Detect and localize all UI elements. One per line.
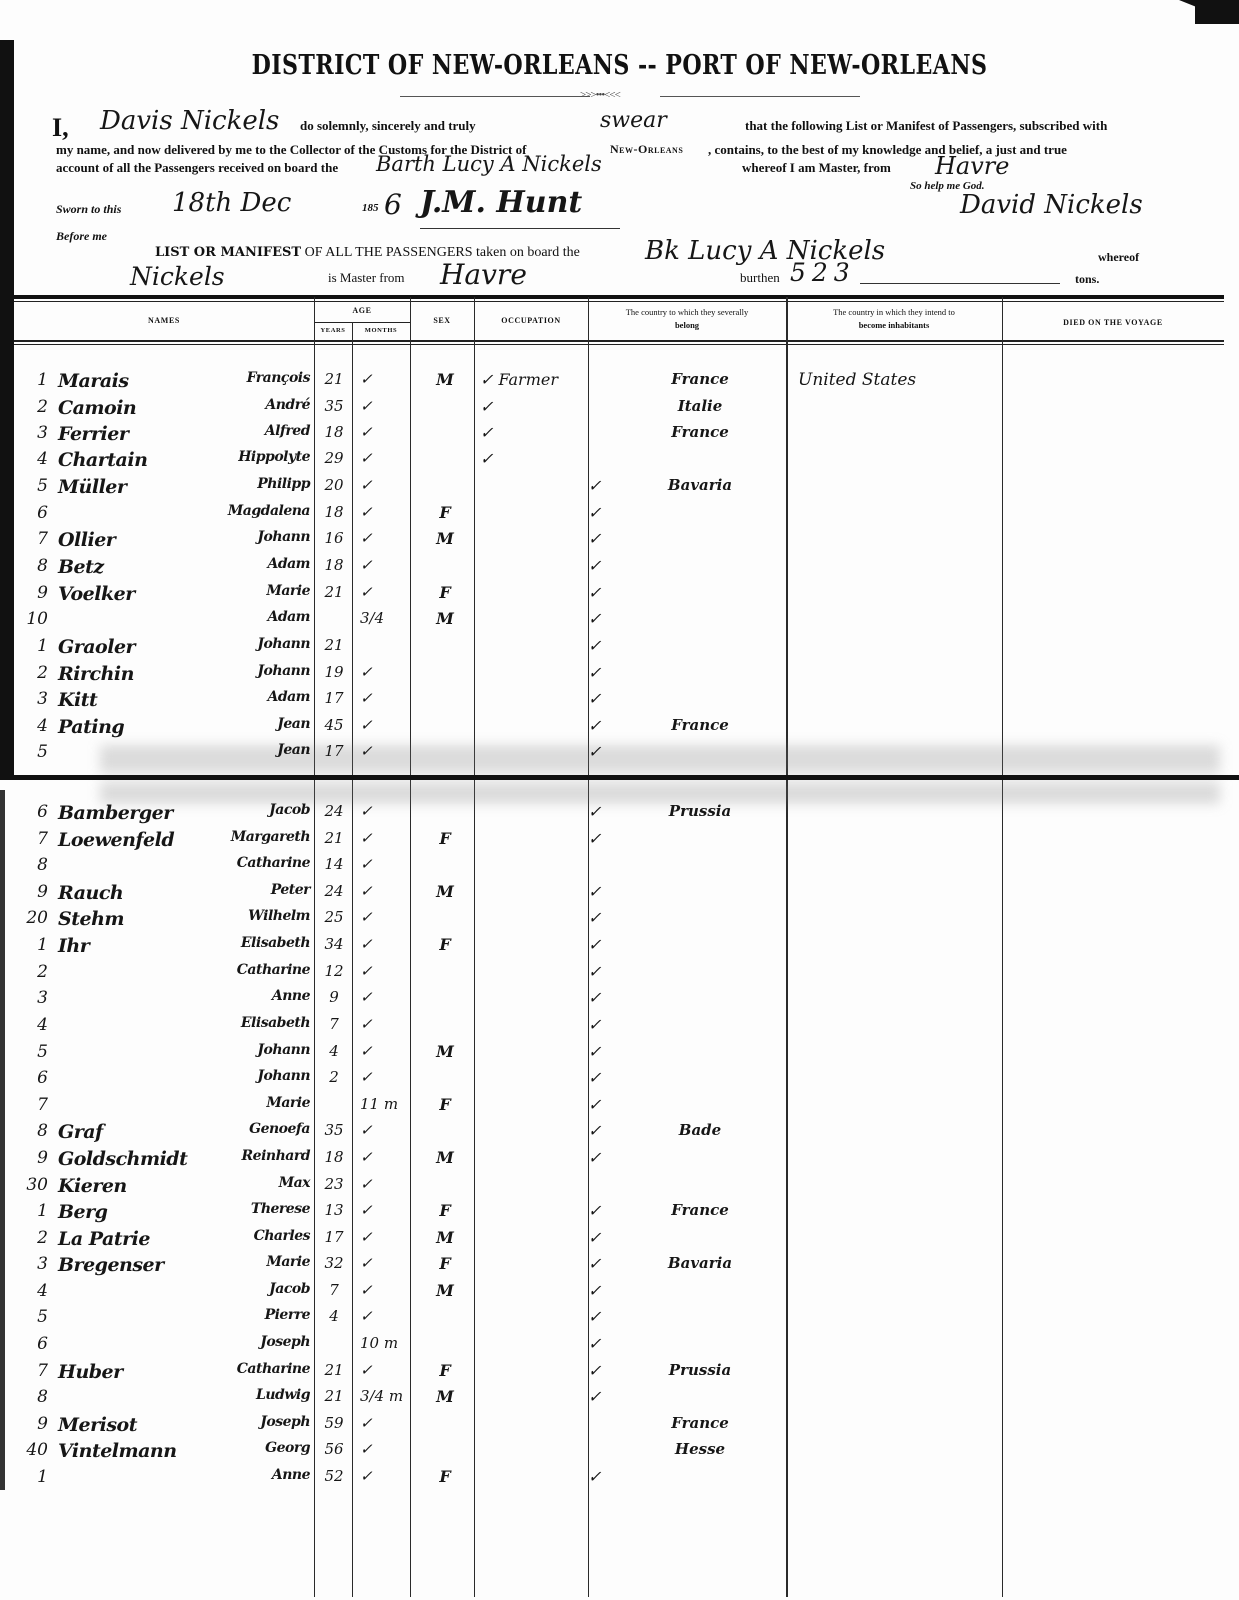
table-row: 4PatingJean45✓✓France <box>0 716 1239 742</box>
given-name: Jean <box>200 742 310 758</box>
surname: Kieren <box>58 1175 127 1197</box>
table-row: 2CamoinAndré35✓✓Italie <box>0 397 1239 423</box>
table-row: 2Catharine12✓✓ <box>0 962 1239 988</box>
country-of-origin: Bavaria <box>615 1254 785 1272</box>
country-of-origin: France <box>615 716 785 734</box>
age-years: 21 <box>316 1361 352 1379</box>
row-number: 9 <box>18 583 48 603</box>
ornament-rule-left <box>400 96 590 97</box>
age-months: ✓ <box>360 1440 406 1458</box>
age-years: 4 <box>316 1307 352 1325</box>
table-row: 6Joseph10 m✓ <box>0 1334 1239 1360</box>
oath-text-3b: , contains, to the best of my knowledge … <box>708 142 1067 158</box>
country-tick: ✓ <box>588 1201 618 1220</box>
ornament-center: >>>•••<<< <box>580 89 620 101</box>
country-tick: ✓ <box>588 609 618 628</box>
row-number: 2 <box>18 962 48 982</box>
age-months: ✓ <box>360 1307 406 1325</box>
given-name: Hippolyte <box>200 449 310 465</box>
table-row: 6Johann2✓✓ <box>0 1068 1239 1094</box>
age-months: ✓ <box>360 988 406 1006</box>
age-months: 3/4 m <box>360 1387 406 1405</box>
sex: M <box>420 882 470 901</box>
row-number: 8 <box>18 556 48 576</box>
age-months: ✓ <box>360 397 406 415</box>
sex: F <box>420 1201 470 1220</box>
surname: Rirchin <box>58 663 134 685</box>
scan-smudge-lower <box>100 782 1220 804</box>
age-months: ✓ <box>360 1228 406 1246</box>
oath-text-2: that the following List or Manifest of P… <box>745 118 1107 134</box>
before-me-label: Before me <box>56 229 107 244</box>
sworn-year-prefix: 185 <box>362 202 379 214</box>
age-years: 4 <box>316 1042 352 1060</box>
country-tick: ✓ <box>588 1307 618 1326</box>
country-of-origin: France <box>615 423 785 441</box>
age-months: ✓ <box>360 882 406 900</box>
country-tick: ✓ <box>588 962 618 981</box>
burthen-value: 523 <box>790 258 856 287</box>
surname: Ihr <box>58 935 89 957</box>
surname: Bregenser <box>58 1254 164 1276</box>
row-number: 9 <box>18 1148 48 1168</box>
age-months: ✓ <box>360 1201 406 1219</box>
age-years: 56 <box>316 1440 352 1458</box>
header-country-inhabit-line2: become inhabitants <box>786 319 1002 332</box>
row-number: 40 <box>18 1440 48 1460</box>
row-number: 3 <box>18 988 48 1008</box>
age-months: ✓ <box>360 423 406 441</box>
row-number: 3 <box>18 1254 48 1274</box>
sex: M <box>420 1387 470 1406</box>
table-row: 8BetzAdam18✓✓ <box>0 556 1239 582</box>
sworn-label: Sworn to this <box>56 202 121 217</box>
age-months: ✓ <box>360 1175 406 1193</box>
header-sex: SEX <box>410 316 474 325</box>
table-row: 9MerisotJoseph59✓France <box>0 1414 1239 1440</box>
given-name: Johann <box>200 663 310 679</box>
given-name: Magdalena <box>200 503 310 519</box>
given-name: Jacob <box>200 802 310 818</box>
age-months: ✓ <box>360 663 406 681</box>
table-row: 7HuberCatharine21✓F✓Prussia <box>0 1361 1239 1387</box>
row-number: 1 <box>18 1467 48 1487</box>
row-number: 4 <box>18 716 48 736</box>
country-tick: ✓ <box>588 882 618 901</box>
master-signature: David Nickels <box>960 190 1143 220</box>
country-tick: ✓ <box>588 1228 618 1247</box>
surname: Voelker <box>58 583 135 605</box>
given-name: Johann <box>200 1042 310 1058</box>
age-years: 18 <box>316 556 352 574</box>
country-tick: ✓ <box>588 1148 618 1167</box>
row-number: 30 <box>18 1175 48 1195</box>
age-years: 35 <box>316 397 352 415</box>
surname: Marais <box>58 370 129 392</box>
country-of-origin: Italie <box>615 397 785 415</box>
row-number: 7 <box>18 1361 48 1381</box>
oath-text-4: account of all the Passengers received o… <box>56 160 338 176</box>
country-tick: ✓ <box>588 556 618 575</box>
sex: F <box>420 1095 470 1114</box>
country-tick: ✓ <box>588 1334 618 1353</box>
surname: Huber <box>58 1361 123 1383</box>
country-of-origin: France <box>615 370 785 388</box>
table-row: 7Marie11 mF✓ <box>0 1095 1239 1121</box>
table-row: 9RauchPeter24✓M✓ <box>0 882 1239 908</box>
age-years: 21 <box>316 370 352 388</box>
age-years: 17 <box>316 742 352 760</box>
table-row: 3KittAdam17✓✓ <box>0 689 1239 715</box>
table-row: 3BregenserMarie32✓F✓Bavaria <box>0 1254 1239 1280</box>
manifest-heading-bold: LIST OR MANIFEST <box>155 245 301 260</box>
age-months: ✓ <box>360 529 406 547</box>
age-years: 29 <box>316 449 352 467</box>
table-row: 6BambergerJacob24✓✓Prussia <box>0 802 1239 828</box>
age-years: 9 <box>316 988 352 1006</box>
country-tick: ✓ <box>588 1467 618 1486</box>
age-years: 16 <box>316 529 352 547</box>
age-months: ✓ <box>360 556 406 574</box>
country-tick: ✓ <box>588 716 618 735</box>
table-row: 1MaraisFrançois21✓M✓ FarmerFranceUnited … <box>0 370 1239 396</box>
row-number: 8 <box>18 855 48 875</box>
age-months: ✓ <box>360 742 406 760</box>
country-tick: ✓ <box>588 583 618 602</box>
country-tick: ✓ <box>588 663 618 682</box>
header-age: AGE <box>314 306 410 315</box>
table-row: 7LoewenfeldMargareth21✓F✓ <box>0 829 1239 855</box>
row-number: 10 <box>18 609 48 629</box>
paper-fold-line <box>0 775 1239 780</box>
country-tick: ✓ <box>588 829 618 848</box>
district-name: New-Orleans <box>610 142 683 157</box>
given-name: Anne <box>200 1467 310 1483</box>
surname: Camoin <box>58 397 136 419</box>
age-years: 18 <box>316 1148 352 1166</box>
age-months: ✓ <box>360 962 406 980</box>
table-row: 5Johann4✓M✓ <box>0 1042 1239 1068</box>
age-months: ✓ <box>360 583 406 601</box>
age-subheader-rule <box>315 322 410 323</box>
given-name: François <box>200 370 310 386</box>
row-number: 2 <box>18 397 48 417</box>
row-number: 7 <box>18 529 48 549</box>
given-name: Therese <box>200 1201 310 1217</box>
row-number: 5 <box>18 476 48 496</box>
surname: Loewenfeld <box>58 829 174 851</box>
row-number: 8 <box>18 1387 48 1407</box>
surname: Graoler <box>58 636 135 658</box>
given-name: Johann <box>200 636 310 652</box>
occupation: ✓ <box>480 397 585 416</box>
age-years: 7 <box>316 1015 352 1033</box>
occupation: ✓ <box>480 423 585 442</box>
vessel-name-handwritten: Barth Lucy A Nickels <box>376 152 602 176</box>
table-header-bottom-rule-thin <box>14 344 1224 345</box>
given-name: Joseph <box>200 1414 310 1430</box>
collector-signature-line <box>420 228 620 229</box>
age-months: ✓ <box>360 1467 406 1485</box>
row-number: 5 <box>18 742 48 762</box>
sex: F <box>420 935 470 954</box>
given-name: Anne <box>200 988 310 1004</box>
table-row: 3Anne9✓✓ <box>0 988 1239 1014</box>
header-country-inhabit: The country in which they intend to beco… <box>786 306 1002 332</box>
table-row: 3FerrierAlfred18✓✓France <box>0 423 1239 449</box>
given-name: Joseph <box>200 1334 310 1350</box>
table-row: 2La PatrieCharles17✓M✓ <box>0 1228 1239 1254</box>
row-number: 1 <box>18 636 48 656</box>
header-country-belong-line2: belong <box>588 319 786 332</box>
surname: Chartain <box>58 449 147 471</box>
row-number: 4 <box>18 449 48 469</box>
sworn-date-handwritten: 18th Dec <box>172 188 291 218</box>
given-name: Pierre <box>200 1307 310 1323</box>
table-row: 7OllierJohann16✓M✓ <box>0 529 1239 555</box>
row-number: 6 <box>18 503 48 523</box>
given-name: Elisabeth <box>200 935 310 951</box>
tons-label: tons. <box>1075 272 1099 287</box>
surname: Bamberger <box>58 802 173 824</box>
table-row: 10Adam3/4M✓ <box>0 609 1239 635</box>
table-header-bottom-rule <box>14 340 1224 342</box>
given-name: Jacob <box>200 1281 310 1297</box>
age-years: 24 <box>316 882 352 900</box>
given-name: Marie <box>200 1095 310 1111</box>
scan-corner-fill <box>1195 0 1239 24</box>
age-months: ✓ <box>360 1015 406 1033</box>
master-name-handwritten: Davis Nickels <box>100 106 279 136</box>
header-country-inhabit-line1: The country in which they intend to <box>786 306 1002 319</box>
country-of-origin: France <box>615 1201 785 1219</box>
country-tick: ✓ <box>588 1281 618 1300</box>
given-name: Ludwig <box>200 1387 310 1403</box>
age-years: 52 <box>316 1467 352 1485</box>
row-number: 6 <box>18 1068 48 1088</box>
header-died: DIED ON THE VOYAGE <box>1002 318 1224 327</box>
row-number: 6 <box>18 802 48 822</box>
header-names: NAMES <box>14 316 314 325</box>
row-number: 20 <box>18 908 48 928</box>
row-number: 7 <box>18 829 48 849</box>
row-number: 3 <box>18 689 48 709</box>
row-number: 6 <box>18 1334 48 1354</box>
country-of-origin: France <box>615 1414 785 1432</box>
sex: M <box>420 1042 470 1061</box>
whereof-label: whereof <box>1098 250 1139 265</box>
given-name: Adam <box>200 609 310 625</box>
age-years: 18 <box>316 503 352 521</box>
oath-prefix: I, <box>52 113 69 143</box>
age-months: ✓ <box>360 1414 406 1432</box>
age-years: 19 <box>316 663 352 681</box>
given-name: Johann <box>200 1068 310 1084</box>
given-name: Margareth <box>200 829 310 845</box>
row-number: 3 <box>18 423 48 443</box>
age-months: ✓ <box>360 1281 406 1299</box>
age-months: ✓ <box>360 1361 406 1379</box>
table-row: 4ChartainHippolyte29✓✓ <box>0 449 1239 475</box>
country-of-origin: Prussia <box>615 1361 785 1379</box>
surname: Müller <box>58 476 126 498</box>
sex: F <box>420 583 470 602</box>
row-number: 5 <box>18 1042 48 1062</box>
age-years: 59 <box>316 1414 352 1432</box>
country-tick: ✓ <box>588 802 618 821</box>
age-months: ✓ <box>360 1148 406 1166</box>
country-tick: ✓ <box>588 1068 618 1087</box>
sex: M <box>420 609 470 628</box>
age-months: ✓ <box>360 449 406 467</box>
row-number: 9 <box>18 882 48 902</box>
table-row: 9VoelkerMarie21✓F✓ <box>0 583 1239 609</box>
age-years: 17 <box>316 689 352 707</box>
occupation: ✓ <box>480 449 585 468</box>
row-number: 4 <box>18 1015 48 1035</box>
ornament-rule-right <box>660 96 860 97</box>
given-name: André <box>200 397 310 413</box>
row-number: 9 <box>18 1414 48 1434</box>
table-row: 1GraolerJohann21✓ <box>0 636 1239 662</box>
surname: Berg <box>58 1201 107 1223</box>
age-years: 34 <box>316 935 352 953</box>
is-master-from-label: is Master from <box>328 270 405 286</box>
age-years: 2 <box>316 1068 352 1086</box>
row-number: 1 <box>18 935 48 955</box>
sex: M <box>420 370 470 389</box>
sworn-year-suffix: 6 <box>384 188 402 221</box>
surname: Graf <box>58 1121 103 1143</box>
row-number: 1 <box>18 370 48 390</box>
age-years: 18 <box>316 423 352 441</box>
age-years: 35 <box>316 1121 352 1139</box>
country-of-origin: Bade <box>615 1121 785 1139</box>
sex: F <box>420 503 470 522</box>
row-number: 8 <box>18 1121 48 1141</box>
table-row: 1IhrElisabeth34✓F✓ <box>0 935 1239 961</box>
intended-country: United States <box>790 370 1008 390</box>
table-row: 1Anne52✓F✓ <box>0 1467 1239 1493</box>
country-tick: ✓ <box>588 988 618 1007</box>
oath-text-5: whereof I am Master, from <box>742 160 891 176</box>
age-months: 3/4 <box>360 609 406 627</box>
age-months: ✓ <box>360 935 406 953</box>
given-name: Catharine <box>200 855 310 871</box>
surname: Ollier <box>58 529 115 551</box>
surname: Ferrier <box>58 423 128 445</box>
oath-text-1: do solemnly, sincerely and truly <box>300 118 476 134</box>
age-years: 20 <box>316 476 352 494</box>
surname: Vintelmann <box>58 1440 177 1462</box>
country-tick: ✓ <box>588 1121 618 1140</box>
given-name: Catharine <box>200 962 310 978</box>
age-months: ✓ <box>360 503 406 521</box>
table-row: 4Elisabeth7✓✓ <box>0 1015 1239 1041</box>
given-name: Marie <box>200 1254 310 1270</box>
given-name: Georg <box>200 1440 310 1456</box>
country-tick: ✓ <box>588 1042 618 1061</box>
row-number: 2 <box>18 1228 48 1248</box>
table-top-rule <box>14 295 1224 299</box>
country-tick: ✓ <box>588 1015 618 1034</box>
given-name: Johann <box>200 529 310 545</box>
table-row: 9GoldschmidtReinhard18✓M✓ <box>0 1148 1239 1174</box>
age-years: 17 <box>316 1228 352 1246</box>
age-months: ✓ <box>360 855 406 873</box>
table-row: 6Magdalena18✓F✓ <box>0 503 1239 529</box>
departure-port-handwritten: Havre <box>935 152 1009 180</box>
sex: M <box>420 1148 470 1167</box>
sex: M <box>420 1228 470 1247</box>
manifest-master-handwritten: Nickels <box>130 262 225 291</box>
country-tick: ✓ <box>588 529 618 548</box>
burthen-line <box>860 283 1060 284</box>
surname: Stehm <box>58 908 124 930</box>
age-months: ✓ <box>360 716 406 734</box>
sex: F <box>420 829 470 848</box>
row-number: 2 <box>18 663 48 683</box>
surname: Rauch <box>58 882 123 904</box>
age-years: 23 <box>316 1175 352 1193</box>
sex: F <box>420 1254 470 1273</box>
given-name: Marie <box>200 583 310 599</box>
header-country-belong-line1: The country to which they severally <box>588 306 786 319</box>
age-years: 32 <box>316 1254 352 1272</box>
table-row: 5Jean17✓✓ <box>0 742 1239 768</box>
age-months: ✓ <box>360 908 406 926</box>
table-row: 4Jacob7✓M✓ <box>0 1281 1239 1307</box>
country-tick: ✓ <box>588 1254 618 1273</box>
header-country-belong: The country to which they severally belo… <box>588 306 786 332</box>
country-tick: ✓ <box>588 1387 618 1406</box>
age-months: ✓ <box>360 370 406 388</box>
surname: Pating <box>58 716 124 738</box>
age-years: 24 <box>316 802 352 820</box>
table-row: 8GrafGenoefa35✓✓Bade <box>0 1121 1239 1147</box>
given-name: Alfred <box>200 423 310 439</box>
age-years: 13 <box>316 1201 352 1219</box>
age-months: ✓ <box>360 1254 406 1272</box>
given-name: Philipp <box>200 476 310 492</box>
country-tick: ✓ <box>588 503 618 522</box>
country-tick: ✓ <box>588 935 618 954</box>
age-years: 21 <box>316 829 352 847</box>
country-of-origin: Prussia <box>615 802 785 820</box>
surname: Merisot <box>58 1414 137 1436</box>
collector-signature: J.M. Hunt <box>420 185 582 220</box>
country-of-origin: Hesse <box>615 1440 785 1458</box>
surname: Betz <box>58 556 104 578</box>
row-number: 4 <box>18 1281 48 1301</box>
country-tick: ✓ <box>588 742 618 761</box>
country-tick: ✓ <box>588 908 618 927</box>
age-years: 14 <box>316 855 352 873</box>
table-row: 8Ludwig213/4 mM✓ <box>0 1387 1239 1413</box>
table-row: 8Catharine14✓ <box>0 855 1239 881</box>
age-months: ✓ <box>360 1068 406 1086</box>
country-tick: ✓ <box>588 476 618 495</box>
row-number: 1 <box>18 1201 48 1221</box>
row-number: 5 <box>18 1307 48 1327</box>
given-name: Charles <box>200 1228 310 1244</box>
table-top-rule-thin <box>14 301 1224 302</box>
table-row: 20StehmWilhelm25✓✓ <box>0 908 1239 934</box>
given-name: Peter <box>200 882 310 898</box>
given-name: Max <box>200 1175 310 1191</box>
header-occupation: OCCUPATION <box>474 316 588 325</box>
given-name: Genoefa <box>200 1121 310 1137</box>
